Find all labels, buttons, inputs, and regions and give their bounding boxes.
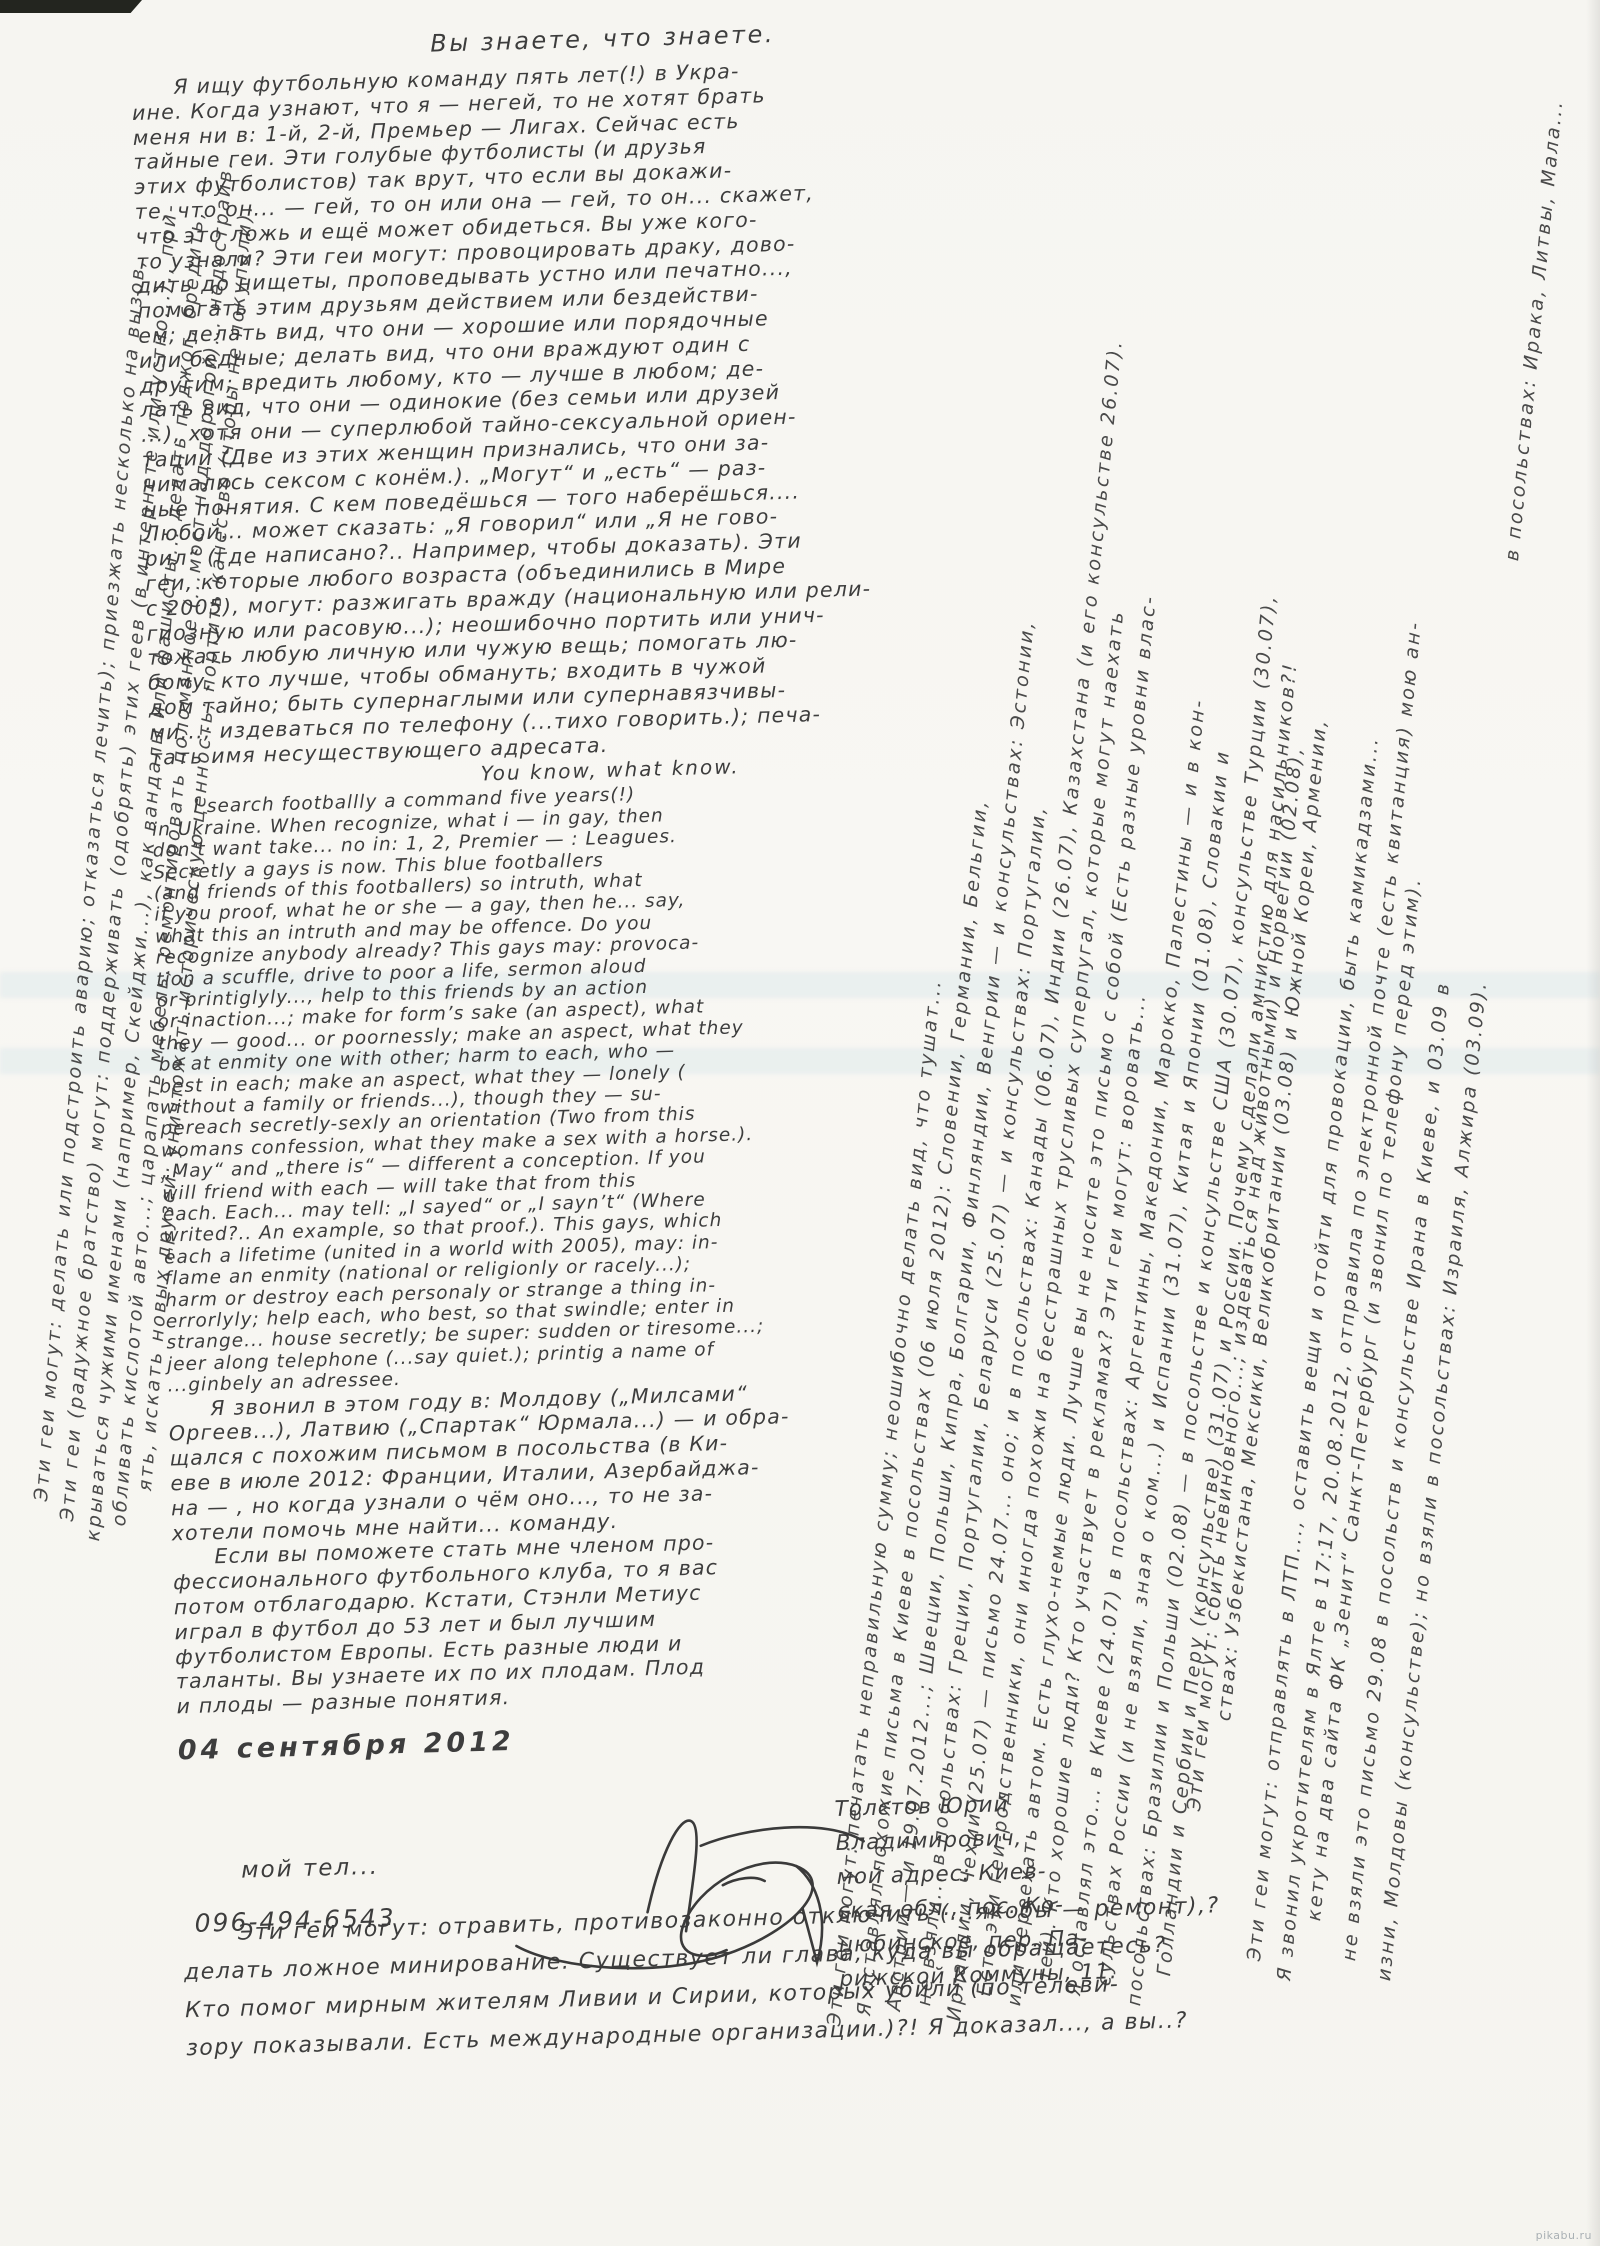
watermark: pikabu.ru xyxy=(1536,2229,1592,2242)
phone-label: мой тел... xyxy=(241,1854,380,1884)
sender-address: Толстов Юрий Владимирович, мой адрес: Ки… xyxy=(834,1785,1118,1997)
scan-corner-mark xyxy=(0,0,142,13)
ru-paragraph-help: Если вы поможете стать мне членом про- ф… xyxy=(172,1520,1106,1719)
right-margin-note: в посольствах: Ирака, Литвы, Мала... xyxy=(1501,98,1567,562)
en-paragraph: I search footballly a command five years… xyxy=(151,772,1097,1397)
scan-edge-shadow xyxy=(1586,0,1600,2246)
phone-number: 096-494-6543 xyxy=(194,1903,396,1938)
ru-paragraph-main: Я ищу футбольную команду пять лет(!) в У… xyxy=(131,50,1080,770)
ru-paragraph-calls: Я звонил в этом году в: Молдову („Милсам… xyxy=(168,1371,1102,1546)
page-title: Вы знаете, что знаете. xyxy=(430,0,1475,57)
scanned-letter-page: Эти геи могут: делать или подстроить ава… xyxy=(0,0,1600,2246)
letter-body: Вы знаете, что знаете. Я ищу футбольную … xyxy=(130,0,1531,2068)
